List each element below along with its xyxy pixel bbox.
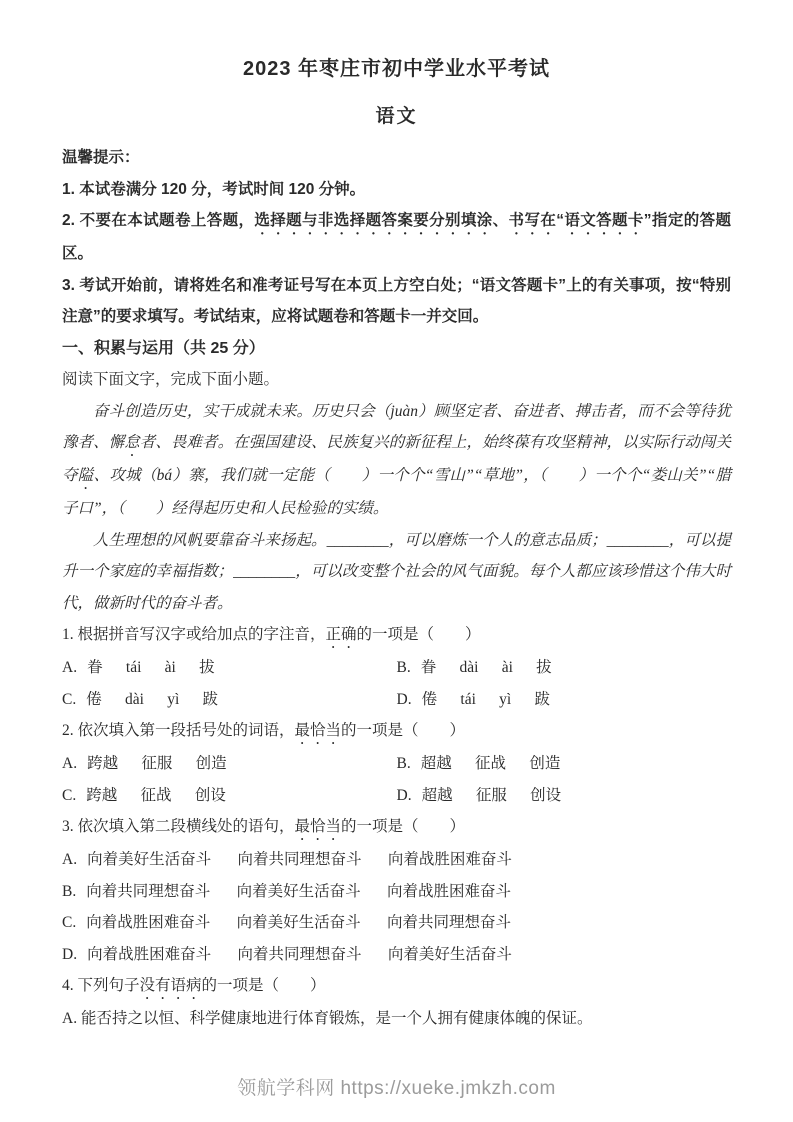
- q1-stem-pre: 1. 根据拼音写汉字或给加点的字注音，: [62, 626, 326, 643]
- q3-option-a: A. 向着美好生活奋斗向着共同理想奋斗向着战胜困难奋斗: [62, 844, 731, 876]
- q2-option-c-part-1: 跨越: [86, 780, 117, 812]
- q1-option-c-part-3: yì: [167, 684, 179, 716]
- q1-option-a-part-1: 眷: [87, 652, 103, 684]
- question-1-options: A. 眷táiài拔 B. 眷dàiài拔 C. 倦dàiyì跋 D. 倦tái…: [62, 652, 731, 715]
- q2-option-a: A. 跨越征服创造: [62, 748, 397, 780]
- q2-option-d-label: D.: [397, 780, 412, 812]
- q1-option-a-parts: 眷táiài拔: [87, 652, 214, 684]
- q3-option-d-label: D.: [62, 939, 77, 971]
- q3-option-c-parts: 向着战胜困难奋斗向着美好生活奋斗向着共同理想奋斗: [86, 907, 511, 939]
- q1-option-b-part-1: 眷: [421, 652, 437, 684]
- q1-option-c-part-1: 倦: [86, 684, 102, 716]
- q3-option-b-label: B.: [62, 876, 76, 908]
- q3-option-d: D. 向着战胜困难奋斗向着共同理想奋斗向着美好生活奋斗: [62, 939, 731, 971]
- q1-option-b-part-3: ài: [502, 652, 513, 684]
- q1-option-b-parts: 眷dàiài拔: [421, 652, 552, 684]
- notice-heading: 温馨提示：: [62, 142, 731, 174]
- q3-option-a-part-3: 向着战胜困难奋斗: [388, 844, 512, 876]
- q3-option-b-part-2: 向着美好生活奋斗: [237, 876, 361, 908]
- q1-option-d-label: D.: [397, 684, 412, 716]
- q1-option-d-part-3: yì: [499, 684, 511, 716]
- q3-option-d-part-3: 向着美好生活奋斗: [388, 939, 512, 971]
- q2-option-c-part-3: 创设: [195, 780, 226, 812]
- q2-option-b-part-3: 创造: [529, 748, 560, 780]
- q3-option-c: C. 向着战胜困难奋斗向着美好生活奋斗向着共同理想奋斗: [62, 907, 731, 939]
- q1-option-a-part-2: tái: [126, 652, 142, 684]
- passage-1-dotted-char-1: 怠: [124, 434, 140, 451]
- question-3-options: A. 向着美好生活奋斗向着共同理想奋斗向着战胜困难奋斗 B. 向着共同理想奋斗向…: [62, 844, 731, 970]
- q2-stem-pre: 2. 依次填入第一段括号处的词语，: [62, 722, 295, 739]
- q1-option-c-parts: 倦dàiyì跋: [86, 684, 218, 716]
- q4-stem-pre: 4. 下列句子: [62, 977, 140, 994]
- q2-option-d-part-3: 创设: [530, 780, 561, 812]
- q2-stem-post: 的一项是（ ）: [341, 722, 465, 739]
- q2-option-b-part-2: 征战: [475, 748, 506, 780]
- exam-page: 2023 年枣庄市初中学业水平考试 语文 温馨提示： 1. 本试卷满分 120 …: [0, 0, 793, 1035]
- q1-option-a-part-3: ài: [165, 652, 176, 684]
- question-1: 1. 根据拼音写汉字或给加点的字注音，正确的一项是（ ） A. 眷táiài拔 …: [62, 619, 731, 715]
- notice-item-1: 1. 本试卷满分 120 分，考试时间 120 分钟。: [62, 174, 731, 206]
- notice-item-2: 2. 不要在本试题卷上答题，选择题与非选择题答案要分别填涂、书写在“语文答题卡”…: [62, 205, 731, 270]
- q2-option-c-label: C.: [62, 780, 76, 812]
- q3-option-b: B. 向着共同理想奋斗向着美好生活奋斗向着战胜困难奋斗: [62, 876, 731, 908]
- q3-stem-emphasized: 最恰当: [295, 818, 342, 835]
- question-1-stem: 1. 根据拼音写汉字或给加点的字注音，正确的一项是（ ）: [62, 619, 731, 652]
- passage-intro: 阅读下面文字，完成下面小题。: [62, 364, 731, 396]
- question-2-stem: 2. 依次填入第一段括号处的词语，最恰当的一项是（ ）: [62, 715, 731, 748]
- q3-option-b-parts: 向着共同理想奋斗向着美好生活奋斗向着战胜困难奋斗: [86, 876, 511, 908]
- q1-option-d-part-4: 跋: [534, 684, 550, 716]
- q1-option-d-parts: 倦táiyì跋: [422, 684, 550, 716]
- q1-option-c-label: C.: [62, 684, 76, 716]
- q3-option-c-part-3: 向着共同理想奋斗: [387, 907, 511, 939]
- q1-option-c-part-2: dài: [125, 684, 144, 716]
- notice-item-2-pre: 2. 不要在本试题卷上答题，: [62, 212, 254, 229]
- q3-option-d-part-2: 向着共同理想奋斗: [238, 939, 362, 971]
- q3-option-a-label: A.: [62, 844, 77, 876]
- q3-option-a-parts: 向着美好生活奋斗向着共同理想奋斗向着战胜困难奋斗: [87, 844, 512, 876]
- q2-option-d-part-1: 超越: [422, 780, 453, 812]
- question-2: 2. 依次填入第一段括号处的词语，最恰当的一项是（ ） A. 跨越征服创造 B.…: [62, 715, 731, 811]
- notice-item-2-emphasized: 选择题与非选择题答案要分别填涂、书写在“语文答题卡”: [254, 212, 651, 229]
- passage-1: 奋斗创造历史，实干成就未来。历史只会（juàn）顾坚定者、奋进者、搏击者，而不会…: [62, 396, 731, 525]
- q3-option-d-part-1: 向着战胜困难奋斗: [87, 939, 211, 971]
- q3-option-b-part-1: 向着共同理想奋斗: [86, 876, 210, 908]
- q1-option-c: C. 倦dàiyì跋: [62, 684, 397, 716]
- q2-option-b-part-1: 超越: [421, 748, 452, 780]
- passage-1-dotted-char-2: 隘: [78, 467, 94, 484]
- notice-section: 温馨提示： 1. 本试卷满分 120 分，考试时间 120 分钟。 2. 不要在…: [62, 142, 731, 333]
- q2-option-a-label: A.: [62, 748, 77, 780]
- passage-2: 人生理想的风帆要靠奋斗来扬起。________，可以磨炼一个人的意志品质；___…: [62, 525, 731, 620]
- q1-option-b-label: B.: [397, 652, 411, 684]
- q1-option-a: A. 眷táiài拔: [62, 652, 397, 684]
- q3-option-a-part-1: 向着美好生活奋斗: [87, 844, 211, 876]
- q2-stem-emphasized: 最恰当: [295, 722, 342, 739]
- q1-option-d-part-1: 倦: [422, 684, 438, 716]
- q2-option-d-part-2: 征服: [476, 780, 507, 812]
- q1-stem-post: 的一项是（ ）: [357, 626, 481, 643]
- q2-option-c-part-2: 征战: [141, 780, 172, 812]
- q2-option-b-parts: 超越征战创造: [421, 748, 561, 780]
- page-title: 2023 年枣庄市初中学业水平考试: [62, 56, 731, 82]
- q4-option-a: A. 能否持之以恒、科学健康地进行体育锻炼，是一个人拥有健康体魄的保证。: [62, 1003, 731, 1035]
- q1-option-a-part-4: 拔: [199, 652, 215, 684]
- q3-stem-pre: 3. 依次填入第二段横线处的语句，: [62, 818, 295, 835]
- passage-1-seg-3: 、攻城（bá）寨，我们就一定能（ ）一个个“雪山”“草地”，（ ）一个个“娄山关…: [62, 467, 731, 517]
- q3-option-c-label: C.: [62, 907, 76, 939]
- q2-option-a-part-2: 征服: [141, 748, 172, 780]
- q3-option-b-part-3: 向着战胜困难奋斗: [387, 876, 511, 908]
- q1-option-b-part-4: 拔: [536, 652, 552, 684]
- question-2-options: A. 跨越征服创造 B. 超越征战创造 C. 跨越征战创设 D. 超越征服创设: [62, 748, 731, 811]
- q1-option-d: D. 倦táiyì跋: [397, 684, 732, 716]
- q2-option-d: D. 超越征服创设: [397, 780, 732, 812]
- q3-option-c-part-2: 向着美好生活奋斗: [237, 907, 361, 939]
- q1-option-b: B. 眷dàiài拔: [397, 652, 732, 684]
- subject-title: 语文: [62, 104, 731, 130]
- q4-stem-post: 的一项是（ ）: [202, 977, 326, 994]
- q3-option-a-part-2: 向着共同理想奋斗: [238, 844, 362, 876]
- q1-option-d-part-2: tái: [460, 684, 476, 716]
- q1-stem-emphasized: 正确: [326, 626, 357, 643]
- notice-item-3: 3. 考试开始前，请将姓名和准考证号写在本页上方空白处；“语文答题卡”上的有关事…: [62, 270, 731, 333]
- question-3-stem: 3. 依次填入第二段横线处的语句，最恰当的一项是（ ）: [62, 811, 731, 844]
- q3-stem-post: 的一项是（ ）: [341, 818, 465, 835]
- q1-option-a-label: A.: [62, 652, 77, 684]
- q3-option-c-part-1: 向着战胜困难奋斗: [86, 907, 210, 939]
- question-4: 4. 下列句子没有语病的一项是（ ） A. 能否持之以恒、科学健康地进行体育锻炼…: [62, 970, 731, 1035]
- q2-option-a-part-1: 跨越: [87, 748, 118, 780]
- q2-option-d-parts: 超越征服创设: [422, 780, 562, 812]
- q1-option-b-part-2: dài: [460, 652, 479, 684]
- watermark: 领航学科网 https://xueke.jmkzh.com: [0, 1073, 793, 1100]
- section-heading: 一、积累与运用（共 25 分）: [62, 333, 731, 365]
- q3-option-d-parts: 向着战胜困难奋斗向着共同理想奋斗向着美好生活奋斗: [87, 939, 512, 971]
- q2-option-c: C. 跨越征战创设: [62, 780, 397, 812]
- q2-option-b-label: B.: [397, 748, 411, 780]
- q1-option-c-part-4: 跋: [203, 684, 219, 716]
- question-3: 3. 依次填入第二段横线处的语句，最恰当的一项是（ ） A. 向着美好生活奋斗向…: [62, 811, 731, 970]
- q2-option-a-parts: 跨越征服创造: [87, 748, 227, 780]
- q2-option-b: B. 超越征战创造: [397, 748, 732, 780]
- q2-option-a-part-3: 创造: [196, 748, 227, 780]
- q4-stem-emphasized: 没有语病: [140, 977, 202, 994]
- q2-option-c-parts: 跨越征战创设: [86, 780, 226, 812]
- question-4-stem: 4. 下列句子没有语病的一项是（ ）: [62, 970, 731, 1003]
